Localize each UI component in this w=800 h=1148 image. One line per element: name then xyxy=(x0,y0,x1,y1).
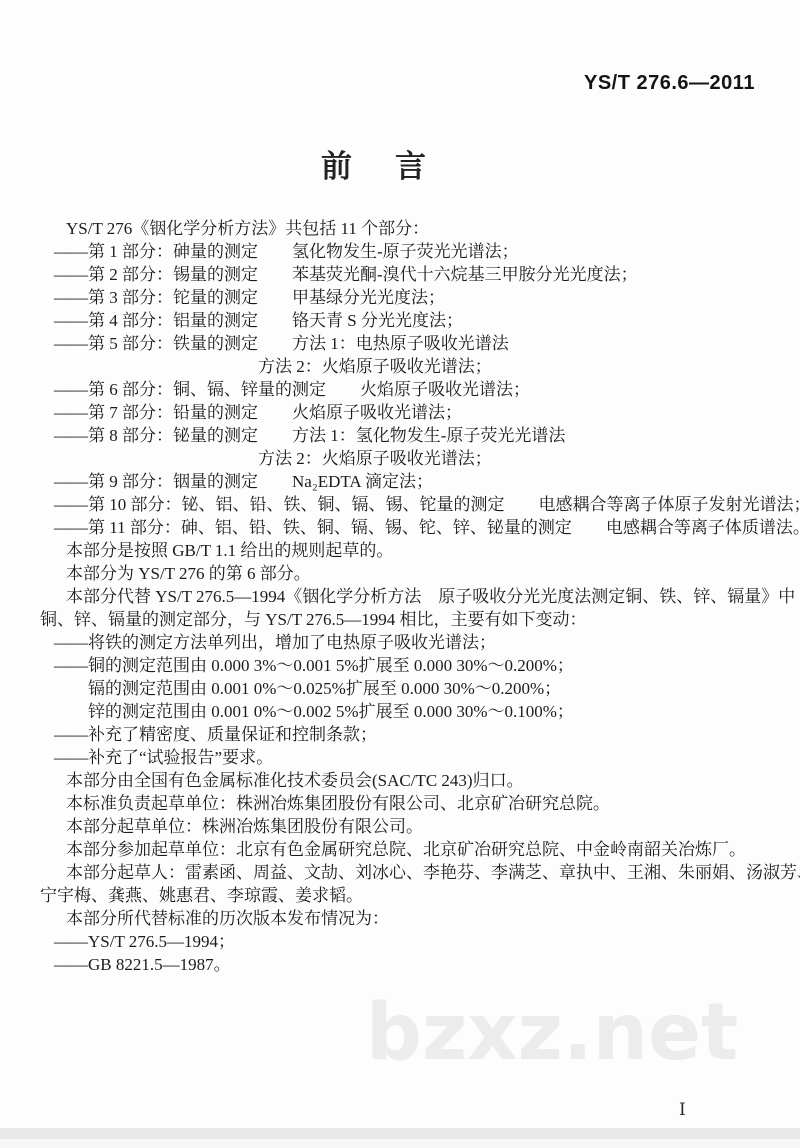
scan-edge-foot xyxy=(0,1139,800,1148)
foreword-line: ——第 2 部分：锡量的测定 苯基荧光酮-溴代十六烷基三甲胺分光光度法； xyxy=(0,263,800,286)
foreword-line: 铜、锌、镉量的测定部分，与 YS/T 276.5—1994 相比，主要有如下变动… xyxy=(0,608,800,631)
foreword-line: 本部分起草单位：株洲冶炼集团股份有限公司。 xyxy=(0,815,800,838)
foreword-line: 本部分所代替标准的历次版本发布情况为： xyxy=(0,907,800,930)
foreword-line: 宁宇梅、龚燕、姚惠君、李琼霞、姜求韬。 xyxy=(0,884,800,907)
foreword-line: 方法 2：火焰原子吸收光谱法； xyxy=(0,447,800,470)
foreword-line: 本部分是按照 GB/T 1.1 给出的规则起草的。 xyxy=(0,539,800,562)
watermark: bzxz.net xyxy=(366,988,738,1078)
foreword-line: 本部分代替 YS/T 276.5—1994《铟化学分析方法 原子吸收分光光度法测… xyxy=(0,585,800,608)
foreword-line: 本部分起草人：雷素函、周益、文劼、刘冰心、李艳芬、李满芝、章执中、王湘、朱丽娟、… xyxy=(0,861,800,884)
foreword-line: 本部分由全国有色金属标准化技术委员会(SAC/TC 243)归口。 xyxy=(0,769,800,792)
foreword-line: ——GB 8221.5—1987。 xyxy=(0,953,800,976)
foreword-line: 本部分参加起草单位：北京有色金属研究总院、北京矿冶研究总院、中金岭南韶关冶炼厂。 xyxy=(0,838,800,861)
foreword-line: ——第 6 部分：铜、镉、锌量的测定 火焰原子吸收光谱法； xyxy=(0,378,800,401)
foreword-line: 方法 2：火焰原子吸收光谱法； xyxy=(0,355,800,378)
foreword-line: ——补充了精密度、质量保证和控制条款； xyxy=(0,723,800,746)
foreword-body: YS/T 276《铟化学分析方法》共包括 11 个部分： ——第 1 部分：砷量… xyxy=(0,217,800,976)
foreword-line: ——第 7 部分：铅量的测定 火焰原子吸收光谱法； xyxy=(0,401,800,424)
foreword-line: ——第 1 部分：砷量的测定 氢化物发生-原子荧光光谱法； xyxy=(0,240,800,263)
page-number: Ⅰ xyxy=(679,1100,686,1120)
foreword-line: ——第 4 部分：铝量的测定 铬天青 S 分光光度法； xyxy=(0,309,800,332)
foreword-line: ——第 11 部分：砷、铝、铅、铁、铜、镉、锡、铊、锌、铋量的测定 电感耦合等离… xyxy=(0,516,800,539)
document-page: YS/T 276.6—2011 前 言 YS/T 276《铟化学分析方法》共包括… xyxy=(0,0,800,1148)
foreword-line: ——第 5 部分：铁量的测定 方法 1：电热原子吸收光谱法 xyxy=(0,332,800,355)
foreword-line: 镉的测定范围由 0.001 0%～0.025%扩展至 0.000 30%～0.2… xyxy=(0,677,800,700)
foreword-line: ——第 9 部分：铟量的测定 Na₂EDTA 滴定法； xyxy=(0,470,800,493)
foreword-line: ——铜的测定范围由 0.000 3%～0.001 5%扩展至 0.000 30%… xyxy=(0,654,800,677)
foreword-line: ——第 3 部分：铊量的测定 甲基绿分光光度法； xyxy=(0,286,800,309)
foreword-line: ——补充了“试验报告”要求。 xyxy=(0,746,800,769)
foreword-line: 本标准负责起草单位：株洲冶炼集团股份有限公司、北京矿冶研究总院。 xyxy=(0,792,800,815)
page-title: 前 言 xyxy=(321,141,432,186)
foreword-line: ——YS/T 276.5—1994； xyxy=(0,930,800,953)
foreword-line: ——第 10 部分：铋、铝、铅、铁、铜、镉、锡、铊量的测定 电感耦合等离子体原子… xyxy=(0,493,800,516)
foreword-line: YS/T 276《铟化学分析方法》共包括 11 个部分： xyxy=(0,217,800,240)
foreword-line: ——第 8 部分：铋量的测定 方法 1：氢化物发生-原子荧光光谱法 xyxy=(0,424,800,447)
foreword-line: ——将铁的测定方法单列出，增加了电热原子吸收光谱法； xyxy=(0,631,800,654)
standard-code: YS/T 276.6—2011 xyxy=(584,72,755,95)
foreword-line: 锌的测定范围由 0.001 0%～0.002 5%扩展至 0.000 30%～0… xyxy=(0,700,800,723)
foreword-line: 本部分为 YS/T 276 的第 6 部分。 xyxy=(0,562,800,585)
scan-edge-band xyxy=(0,1128,800,1139)
